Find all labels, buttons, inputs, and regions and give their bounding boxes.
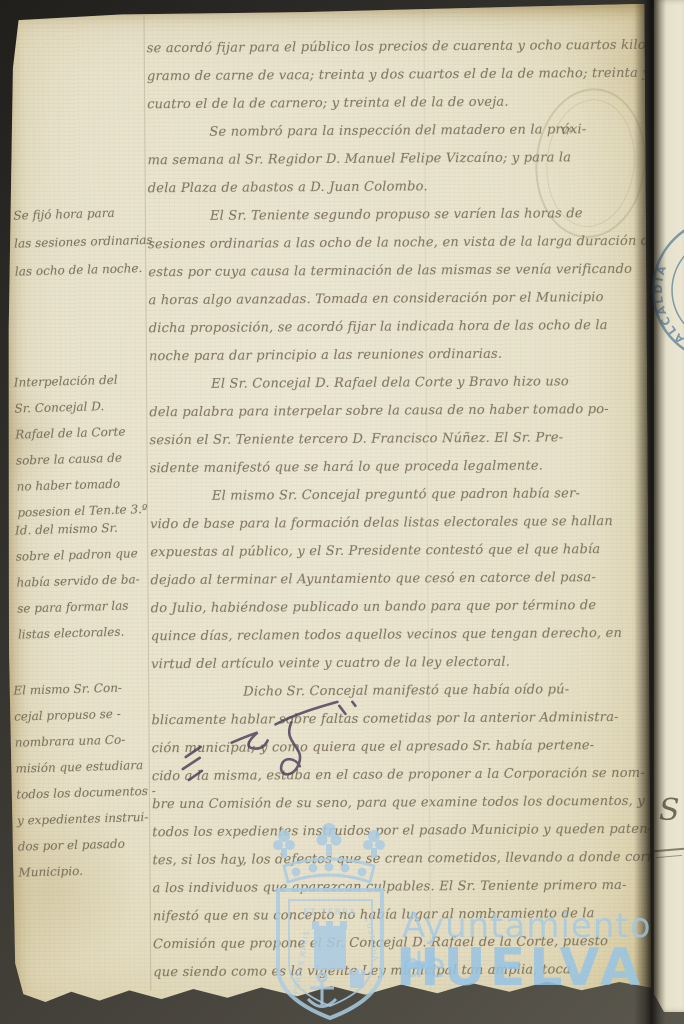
- margin-note-line: había servido de ba-: [16, 566, 157, 596]
- manuscript-line: cuatro el de la de carnero; y treinta el…: [147, 88, 647, 119]
- margin-note-line: cejal propuso se -: [14, 700, 155, 730]
- manuscript-line: Comisión que propone el Sr. Concejal D. …: [153, 928, 653, 959]
- manuscript-line: dela Plaza de abastos a D. Juan Colombo.: [148, 172, 648, 203]
- manuscript-line: dejado al terminar el Ayuntamiento que c…: [150, 564, 650, 595]
- manuscript-line: El Sr. Concejal D. Rafael dela Corte y B…: [149, 368, 649, 399]
- manuscript-line: dicha proposición, se acordó fijar la in…: [149, 312, 649, 343]
- manuscript-line: do Julio, habiéndose publicado un bando …: [151, 592, 651, 623]
- margin-note-line: Interpelación del: [13, 366, 154, 396]
- manuscript-line: sesión el Sr. Teniente tercero D. Franci…: [149, 424, 649, 455]
- margin-note-line: sobre el padron que: [15, 540, 156, 570]
- margin-note-line: las ocho de la noche.: [15, 254, 156, 286]
- margin-note-line: se para formar las: [17, 592, 158, 622]
- manuscript-line: sidente manifestó que se hará lo que pro…: [150, 452, 650, 483]
- margin-note-line: Rafael de la Corte: [15, 418, 156, 448]
- manuscript-line: gramo de carne de vaca; treinta y dos cu…: [147, 60, 647, 91]
- insertion-mark: V.º: [560, 126, 573, 137]
- margin-note-line: nombrara una Co-: [14, 726, 155, 756]
- margin-note-line: misión que estudiara: [15, 752, 156, 782]
- manuscript-line: sesiones ordinarias a las ocho de la noc…: [148, 228, 648, 259]
- ink-scribble: [179, 693, 400, 805]
- manuscript-line: dela palabra para interpelar sobre la ca…: [149, 396, 649, 427]
- manuscript-line: quince días, reclamen todos aquellos vec…: [151, 620, 651, 651]
- margin-note-line: Sr. Concejal D.: [14, 392, 155, 422]
- manuscript-line: tes, si los hay, los defectos que se cre…: [152, 844, 652, 875]
- manuscript-line: virtud del artículo veinte y cuatro de l…: [151, 648, 651, 679]
- manuscript-page: Se fijó hora para las sesiones ordinaria…: [2, 4, 651, 1016]
- manuscript-line: se acordó fijar para el público los prec…: [147, 32, 647, 63]
- document-scan: S ALCALDIA Se fijó hora para las sesione…: [0, 0, 684, 1024]
- margin-note-line: dos por el pasado: [17, 830, 158, 860]
- margin-note-line: todos los documentos -: [16, 778, 157, 808]
- margin-note-session-hour: Se fijó hora para las sesiones ordinaria…: [13, 198, 155, 286]
- manuscript-text-block: se acordó fijar para el público los prec…: [147, 32, 654, 987]
- manuscript-line: que siendo como es la vigente Ley munici…: [153, 956, 653, 987]
- margin-note-line: Id. del mismo Sr.: [15, 514, 156, 544]
- margin-note-comision: El mismo Sr. Con- cejal propuso se - nom…: [13, 674, 159, 886]
- manuscript-line: noche para dar principio a las reuniones…: [149, 340, 649, 371]
- margin-note-line: El mismo Sr. Con-: [13, 674, 154, 704]
- manuscript-line: El Sr. Teniente segundo propuso se varíe…: [148, 200, 648, 231]
- margin-note-line: no haber tomado: [16, 470, 157, 500]
- manuscript-line: vido de base para la formación delas lis…: [150, 508, 650, 539]
- manuscript-line: El mismo Sr. Concejal preguntó que padro…: [150, 480, 650, 511]
- manuscript-line: ma semana al Sr. Regidor D. Manuel Felip…: [147, 144, 647, 175]
- margin-note-line: y expedientes instrui-: [17, 804, 158, 834]
- margin-note-line: Se fijó hora para: [13, 198, 154, 230]
- manuscript-line: expuestas al público, y el Sr. President…: [150, 536, 650, 567]
- margin-note-line: Municipio.: [18, 856, 159, 886]
- margin-note-line: listas electorales.: [18, 618, 159, 648]
- binding-shadow: [634, 0, 666, 1024]
- manuscript-line: todos los expedientes instruidos por el …: [152, 816, 652, 847]
- manuscript-line: nifestó que en su concepto no había luga…: [153, 900, 653, 931]
- manuscript-line: estas por cuya causa la terminación de l…: [148, 256, 648, 287]
- manuscript-line: a los individuos que aparezcan culpables…: [153, 872, 653, 903]
- margin-note-interpelacion: Interpelación del Sr. Concejal D. Rafael…: [13, 366, 157, 526]
- margin-note-line: sobre la causa de: [16, 444, 157, 474]
- manuscript-line: a horas algo avanzadas. Tomada en consid…: [148, 284, 648, 315]
- margin-note-line: las sesiones ordinarias: [14, 226, 155, 258]
- margin-note-padron: Id. del mismo Sr. sobre el padron que ha…: [15, 514, 159, 648]
